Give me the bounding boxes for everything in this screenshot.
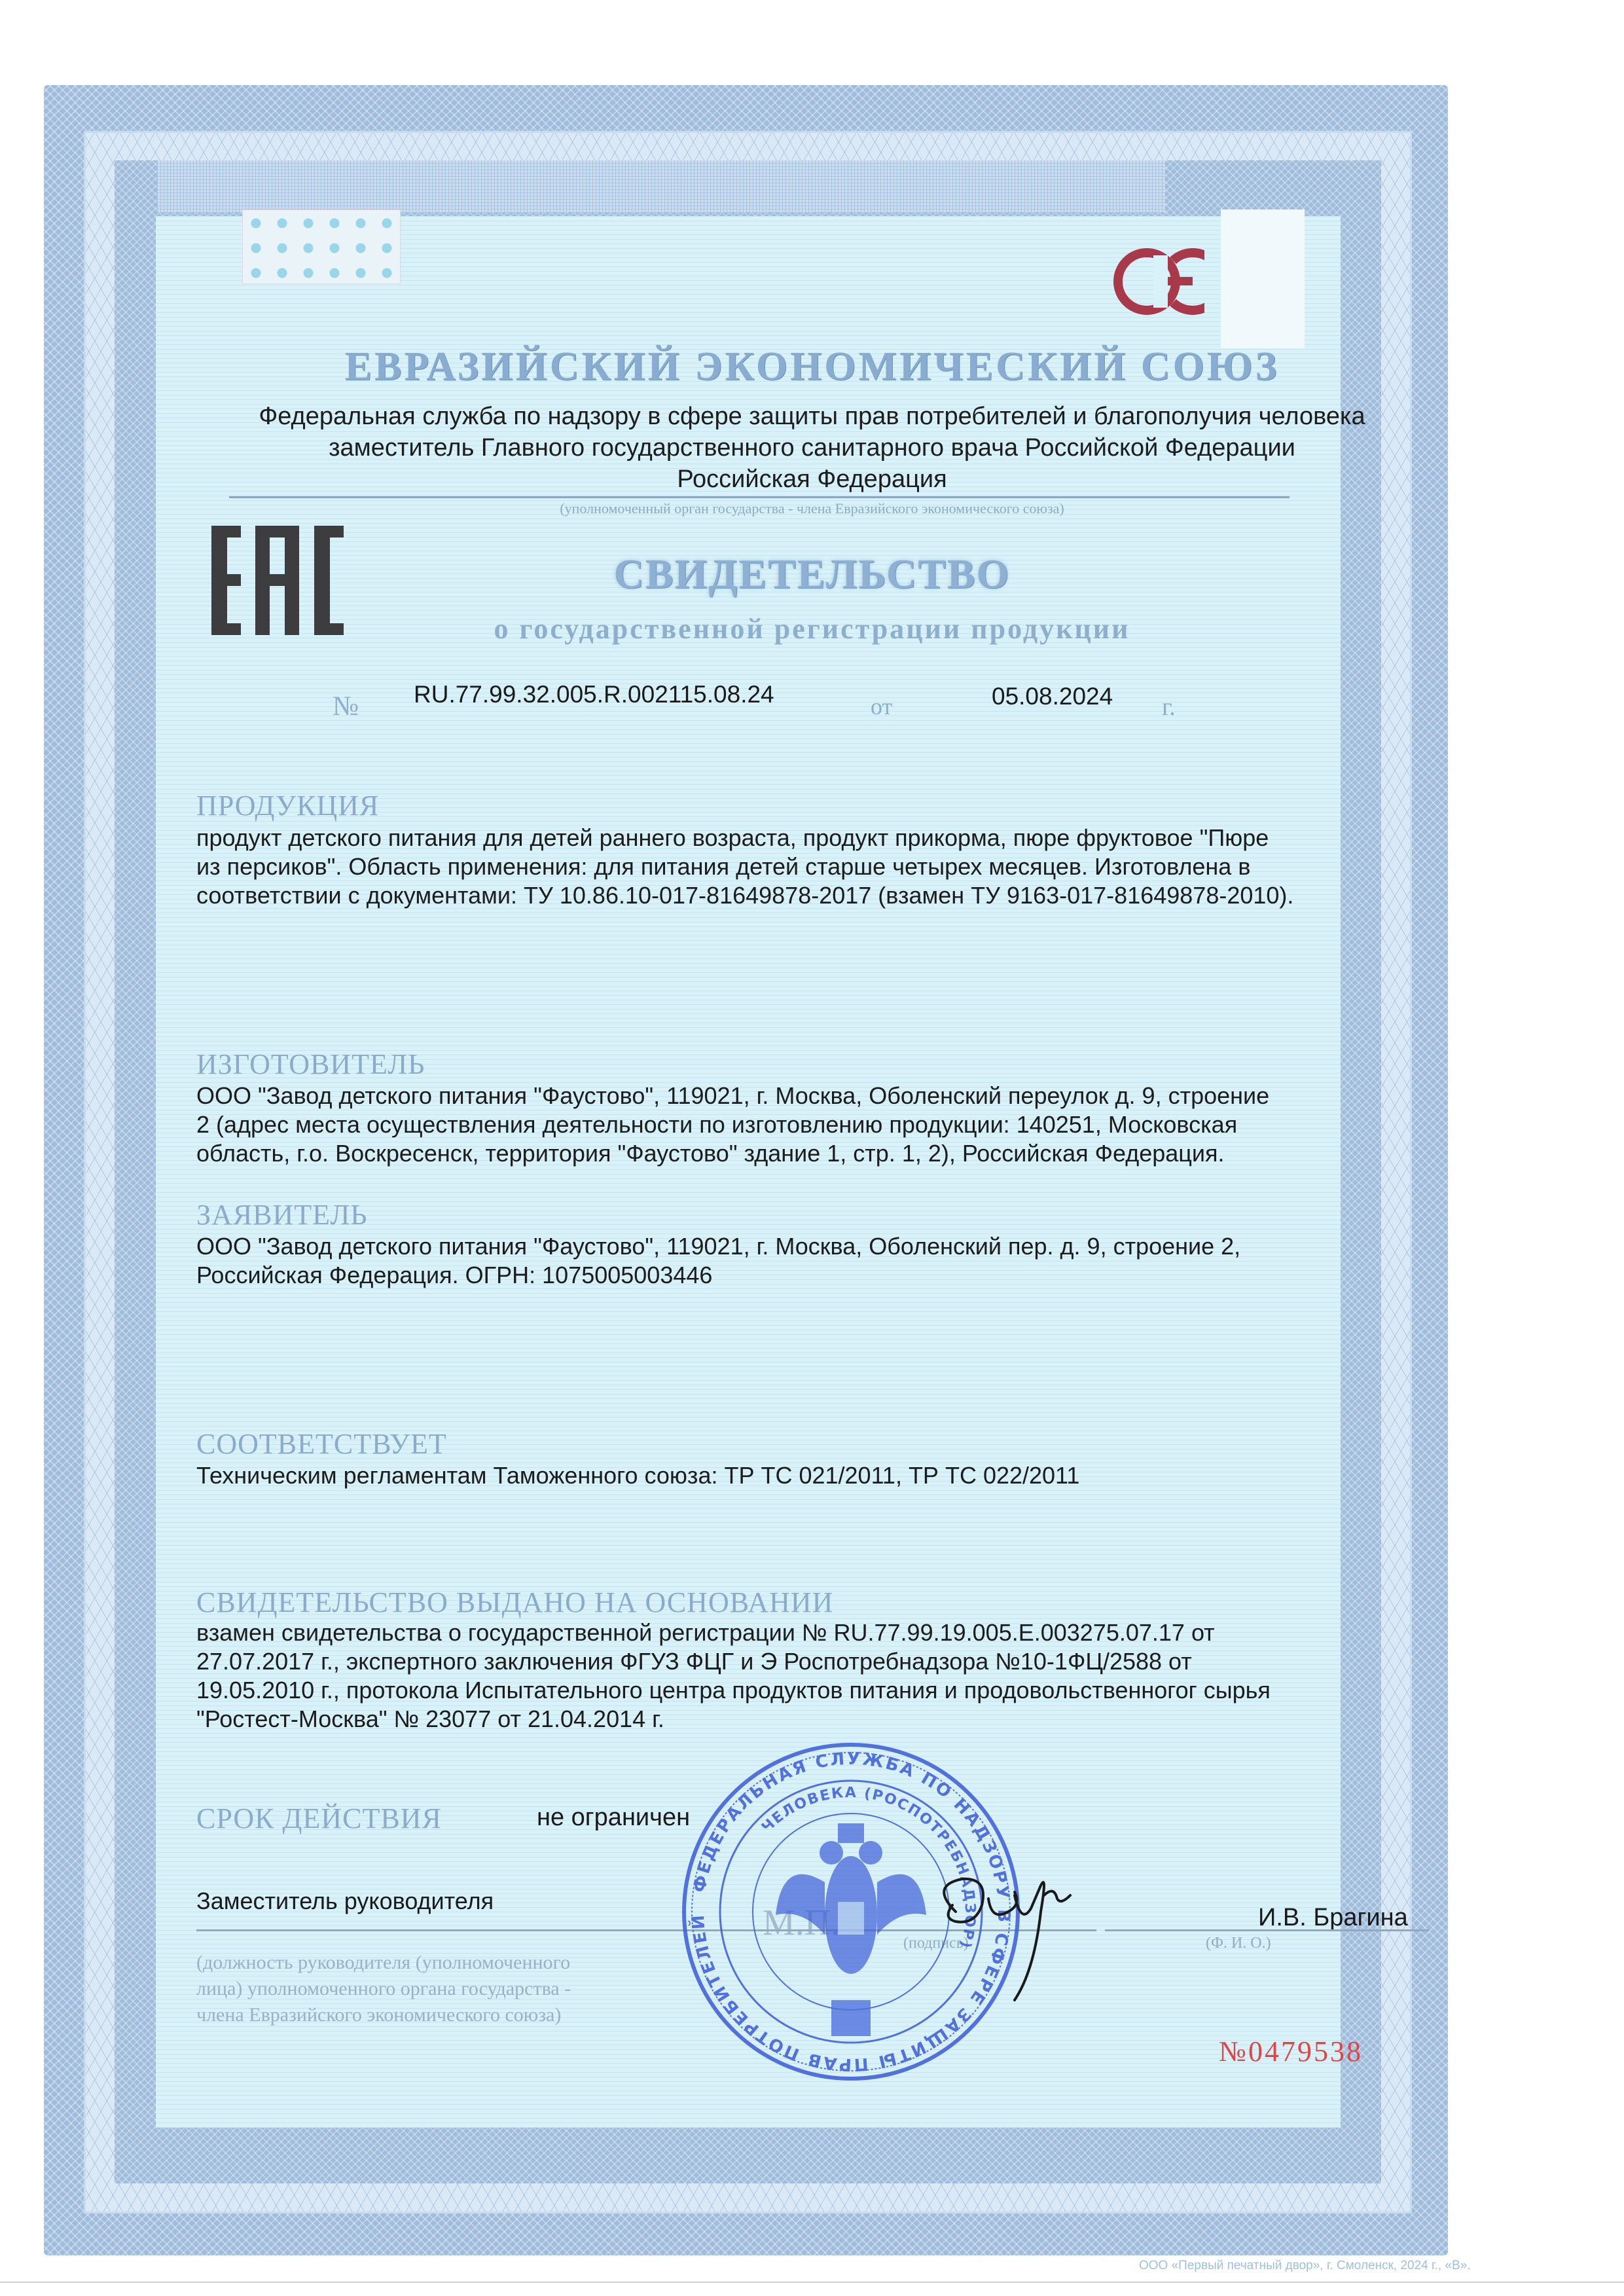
basis-heading: СВИДЕТЕЛЬСТВО ВЫДАНО НА ОСНОВАНИИ [196, 1586, 833, 1619]
text-line: ООО "Завод детского питания "Фаустово", … [196, 1232, 1479, 1261]
hologram-icon [242, 210, 401, 284]
watermark-area [1221, 210, 1305, 348]
agency-line: Российская Федерация [0, 464, 1624, 495]
handwritten-signature-icon [916, 1859, 1113, 2003]
text-line: из персиков". Область применения: для пи… [196, 852, 1479, 881]
validity-heading: СРОК ДЕЙСТВИЯ [196, 1802, 442, 1835]
applicant-text: ООО "Завод детского питания "Фаустово", … [196, 1232, 1479, 1290]
union-title: ЕВРАЗИЙСКИЙ ЭКОНОМИЧЕСКИЙ СОЮЗ [0, 344, 1624, 390]
signer-position: Заместитель руководителя [196, 1887, 494, 1915]
fio-line [1105, 1929, 1429, 1931]
certificate-subtitle: о государственной регистрации продукции [0, 612, 1624, 646]
text-line: "Ростест-Москва" № 23077 от 21.04.2014 г… [196, 1705, 1479, 1734]
text-line: взамен свидетельства о государственной р… [196, 1618, 1479, 1647]
basis-text: взамен свидетельства о государственной р… [196, 1618, 1479, 1734]
manufacturer-text: ООО "Завод детского питания "Фаустово", … [196, 1082, 1479, 1168]
text-line: 2 (адрес места осуществления деятельност… [196, 1110, 1479, 1139]
conformity-heading: СООТВЕТСТВУЕТ [196, 1427, 447, 1461]
se-logo-icon [1113, 242, 1204, 321]
from-label: от [871, 693, 892, 720]
validity-value: не ограничен [537, 1804, 690, 1832]
scan-edge [0, 2282, 1624, 2283]
product-text: продукт детского питания для детей ранне… [196, 824, 1479, 910]
text-line: соответствии с документами: ТУ 10.86.10-… [196, 881, 1479, 910]
conformity-text: Техническим регламентам Таможенного союз… [196, 1461, 1479, 1490]
blank-serial-number: №0479538 [1219, 2035, 1363, 2068]
text-line: продукт детского питания для детей ранне… [196, 824, 1479, 852]
agency-caption: (уполномоченный орган государства - член… [0, 500, 1624, 517]
agency-divider [229, 496, 1290, 498]
text-line: Техническим регламентам Таможенного союз… [196, 1461, 1479, 1490]
fio-caption: (Ф. И. О.) [1206, 1935, 1271, 1952]
issuing-agency: Федеральная служба по надзору в сфере за… [0, 401, 1624, 495]
certificate-date: 05.08.2024 [992, 683, 1113, 710]
product-heading: ПРОДУКЦИЯ [196, 789, 379, 822]
certificate-number: RU.77.99.32.005.R.002115.08.24 [414, 681, 774, 708]
text-line: Российская Федерация. ОГРН: 107500500344… [196, 1261, 1479, 1290]
certificate-title: СВИДЕТЕЛЬСТВО [0, 550, 1624, 598]
manufacturer-heading: ИЗГОТОВИТЕЛЬ [196, 1048, 425, 1081]
signer-name: И.В. Брагина [1258, 1904, 1408, 1932]
text-line: 19.05.2010 г., протокола Испытательного … [196, 1676, 1479, 1705]
text-line: область, г.о. Воскресенск, территория "Ф… [196, 1139, 1479, 1168]
applicant-heading: ЗАЯВИТЕЛЬ [196, 1198, 368, 1231]
microprint-strip [157, 160, 1165, 213]
number-sign-label: № [333, 691, 359, 722]
agency-line: заместитель Главного государственного са… [0, 432, 1624, 464]
text-line: 27.07.2017 г., экспертного заключения ФГ… [196, 1647, 1479, 1676]
year-suffix: г. [1162, 693, 1176, 721]
text-line: ООО "Завод детского питания "Фаустово", … [196, 1082, 1479, 1110]
agency-line: Федеральная служба по надзору в сфере за… [0, 401, 1624, 432]
printer-imprint: ООО «Первый печатный двор», г. Смоленск,… [1139, 2259, 1471, 2273]
